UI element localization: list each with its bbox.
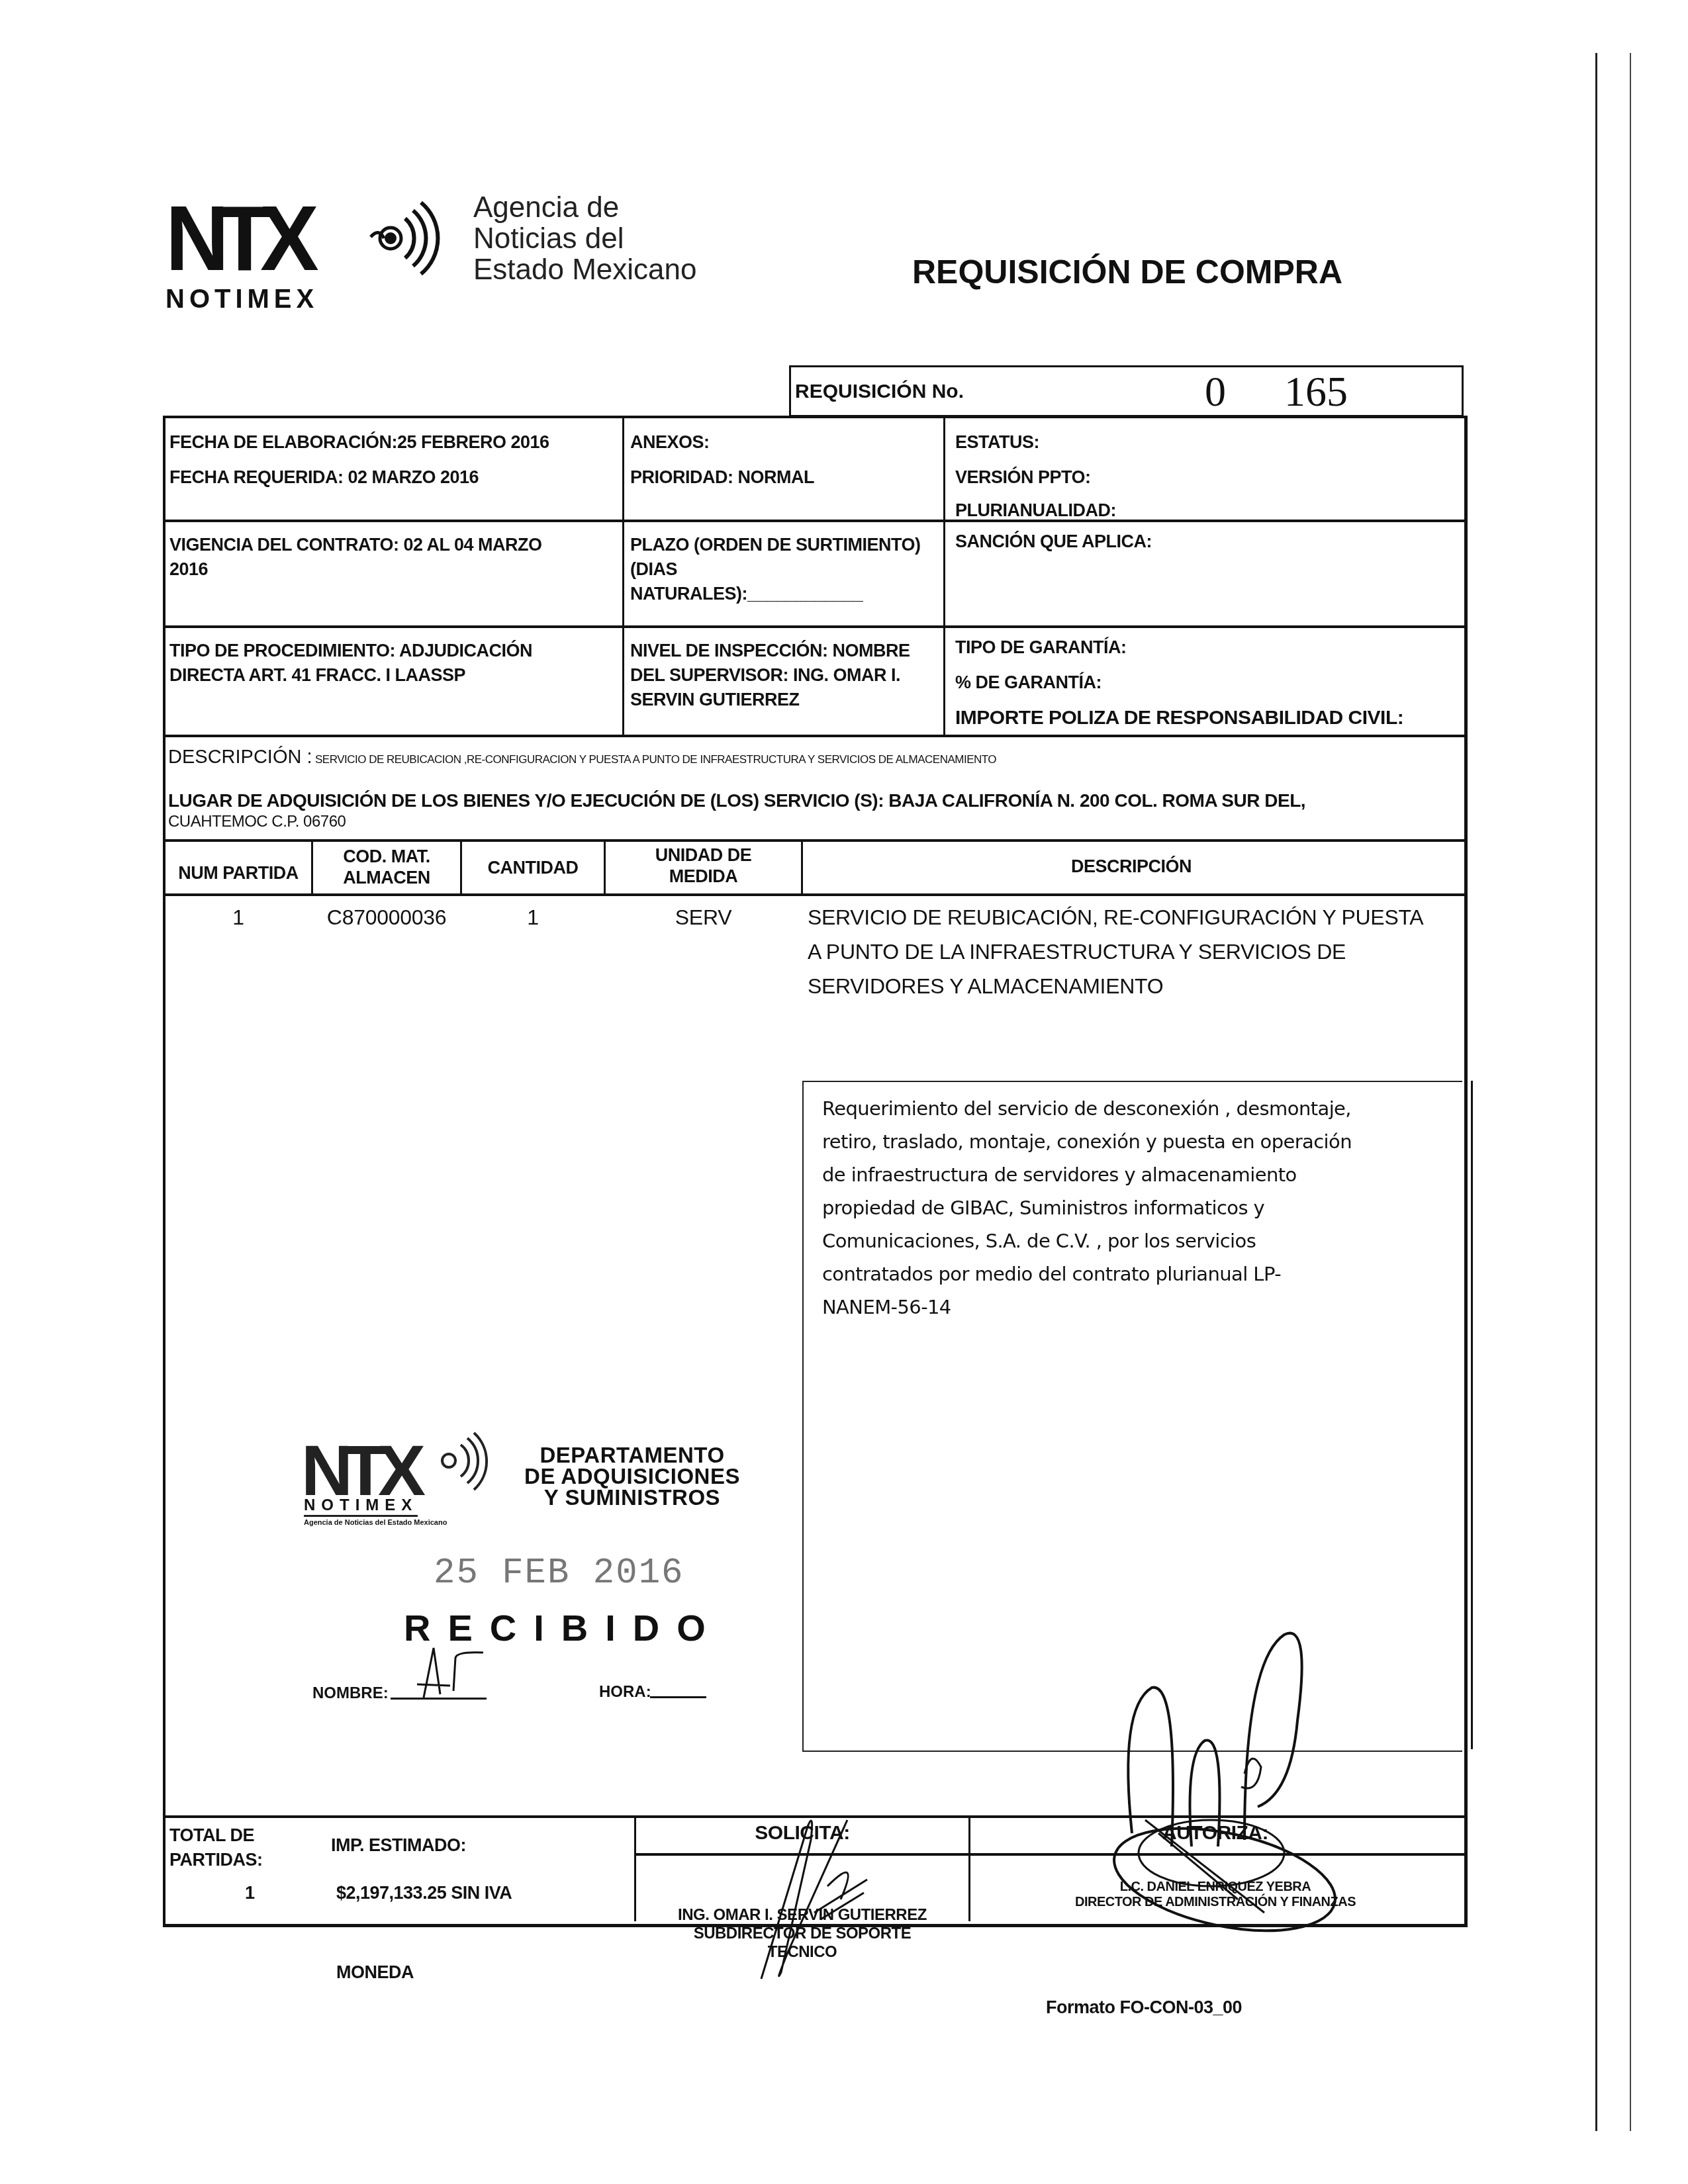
stamp-department: DEPARTAMENTO DE ADQUISICIONES Y SUMINIST… [513,1445,751,1508]
descripcion-line: A PUNTO DE LA INFRAESTRUCTURA Y SERVICIO… [808,934,1463,969]
signature-solicita [748,1813,894,1985]
note-line: NANEM-56-14 [822,1291,1458,1324]
tipo-procedimiento: TIPO DE PROCEDIMIENTO: ADJUDICACIÓN DIRE… [169,639,532,688]
procedimiento-line: DIRECTA ART. 41 FRACC. I LAASSP [169,663,532,688]
cell-unidad: SERV [606,900,801,934]
stamp-dept-line: DE ADQUISICIONES [513,1466,751,1487]
note-box-right-border [1471,1081,1473,1749]
anexos: ANEXOS: [630,433,710,451]
agency-line: Noticias del [473,223,697,254]
lugar-line: LUGAR DE ADQUISICIÓN DE LOS BIENES Y/O E… [168,788,1305,814]
requisition-label: REQUISICIÓN No. [795,381,964,403]
divider [163,735,1464,737]
descripcion-line: SERVIDORES Y ALMACENAMIENTO [808,969,1463,1003]
cell-num-partida: 1 [165,900,311,934]
col-descripcion: DESCRIPCIÓN [803,858,1460,876]
total-partidas-line: TOTAL DE [169,1823,263,1848]
vigencia-contrato: VIGENCIA DEL CONTRATO: 02 AL 04 MARZO 20… [169,533,542,582]
plazo-line: PLAZO (ORDEN DE SURTIMIENTO) [630,533,921,557]
format-code: Formato FO-CON-03_00 [1046,1999,1242,2017]
col-cod-mat-line: COD. MAT. [313,846,460,867]
procedimiento-line: TIPO DE PROCEDIMIENTO: ADJUDICACIÓN [169,639,532,663]
vigencia-line: VIGENCIA DEL CONTRATO: 02 AL 04 MARZO [169,533,542,557]
plazo-line: NATURALES):____________ [630,582,921,606]
lugar-adquisicion: LUGAR DE ADQUISICIÓN DE LOS BIENES Y/O E… [168,788,1305,830]
received-stamp: NTX NOTIMEX Agencia de Noticias del Esta… [301,1433,804,1711]
moneda-label: MONEDA [336,1964,414,1981]
descripcion-row: DESCRIPCIÓN : SERVICIO DE REUBICACION ,R… [168,747,996,768]
col-unidad-line: MEDIDA [606,866,801,887]
stamp-logo: NTX NOTIMEX Agencia de Noticias del Esta… [301,1433,493,1532]
divider [163,625,1464,628]
nivel-inspeccion: NIVEL DE INSPECCIÓN: NOMBRE DEL SUPERVIS… [630,639,910,712]
tipo-garantia: TIPO DE GARANTÍA: [955,639,1127,657]
stamp-logo-caption: Agencia de Noticias del Estado Mexicano [304,1519,447,1527]
stamp-received: RECIBIDO [404,1606,723,1649]
imp-estimado-label: IMP. ESTIMADO: [331,1837,466,1854]
stamp-nombre-label: NOMBRE: [312,1684,389,1703]
agency-name: Agencia de Noticias del Estado Mexicano [473,192,697,285]
requisition-number-box: REQUISICIÓN No. 0 165 [789,365,1464,417]
inspeccion-line: SERVIN GUTIERREZ [630,688,910,712]
descripcion-value: SERVICIO DE REUBICACION ,RE-CONFIGURACIO… [315,753,996,766]
stamp-dept-line: DEPARTAMENTO [513,1445,751,1466]
requirement-note: Requerimiento del servicio de desconexió… [822,1092,1458,1324]
fecha-requerida: FECHA REQUERIDA: 02 MARZO 2016 [169,469,479,486]
scan-edge-line [1630,53,1631,2131]
lugar-line: CUAHTEMOC C.P. 06760 [168,814,1305,830]
cell-cod-mat: C870000036 [313,900,460,934]
prioridad: PRIORIDAD: NORMAL [630,469,814,486]
total-partidas-label: TOTAL DE PARTIDAS: [169,1823,263,1872]
plazo: PLAZO (ORDEN DE SURTIMIENTO) (DIAS NATUR… [630,533,921,606]
inspeccion-line: NIVEL DE INSPECCIÓN: NOMBRE [630,639,910,663]
descripcion-label: DESCRIPCIÓN : [168,747,312,768]
note-line: contratados por medio del contrato pluri… [822,1257,1458,1291]
sancion-aplica: SANCIÓN QUE APLICA: [955,533,1152,551]
col-cantidad: CANTIDAD [462,859,604,877]
col-num-partida: NUM PARTIDA [165,864,311,882]
document-title: REQUISICIÓN DE COMPRA [912,253,1342,291]
note-line: retiro, traslado, montaje, conexión y pu… [822,1125,1458,1158]
stamp-hora-label: HORA: [599,1683,651,1702]
plazo-line: (DIAS [630,557,921,582]
porcentaje-garantia: % DE GARANTÍA: [955,674,1102,692]
note-line: de infraestructura de servidores y almac… [822,1158,1458,1191]
ntx-logo-mark: NTX [165,192,308,285]
notimex-wordmark: NOTIMEX [165,285,318,314]
agency-line: Estado Mexicano [473,254,697,285]
plurianualidad: PLURIANUALIDAD: [955,502,1116,520]
cell-descripcion: SERVICIO DE REUBICACIÓN, RE-CONFIGURACIÓ… [808,900,1463,1003]
signal-waves-icon [364,199,444,278]
divider [622,416,624,736]
stamp-logo-name: NOTIMEX [304,1496,418,1517]
vigencia-line: 2016 [169,557,542,582]
estatus: ESTATUS: [955,433,1039,451]
requisition-prefix: 0 [1205,367,1226,416]
signature-autoriza [1092,1621,1390,1933]
note-line: Comunicaciones, S.A. de C.V. , por los s… [822,1224,1458,1257]
total-partidas-line: PARTIDAS: [169,1848,263,1872]
divider [943,416,945,736]
imp-estimado-value: $2,197,133.25 SIN IVA [336,1884,512,1902]
fecha-elaboracion: FECHA DE ELABORACIÓN:25 FEBRERO 2016 [169,433,549,451]
scan-edge-line [1595,53,1597,2131]
note-line: propiedad de GIBAC, Suministros informat… [822,1191,1458,1224]
requisition-number: 165 [1284,367,1348,416]
col-unidad: UNIDAD DE MEDIDA [606,844,801,887]
note-line: Requerimiento del servicio de desconexió… [822,1092,1458,1125]
stamp-date: 25 FEB 2016 [434,1553,684,1594]
descripcion-line: SERVICIO DE REUBICACIÓN, RE-CONFIGURACIÓ… [808,900,1463,934]
divider [163,520,1464,522]
agency-line: Agencia de [473,192,697,223]
signal-waves-icon [437,1433,490,1492]
signature-initials [404,1645,496,1704]
cell-cantidad: 1 [462,900,604,934]
version-ppto: VERSIÓN PPTO: [955,469,1091,486]
total-partidas-value: 1 [245,1884,255,1902]
divider [163,839,1464,842]
divider [163,893,1464,896]
col-cod-mat-line: ALMACEN [313,867,460,888]
importe-poliza: IMPORTE POLIZA DE RESPONSABILIDAD CIVIL: [955,708,1403,728]
hora-underline [650,1696,706,1698]
col-cod-mat: COD. MAT. ALMACEN [313,846,460,888]
col-unidad-line: UNIDAD DE [606,844,801,866]
stamp-dept-line: Y SUMINISTROS [513,1487,751,1508]
inspeccion-line: DEL SUPERVISOR: ING. OMAR I. [630,663,910,688]
